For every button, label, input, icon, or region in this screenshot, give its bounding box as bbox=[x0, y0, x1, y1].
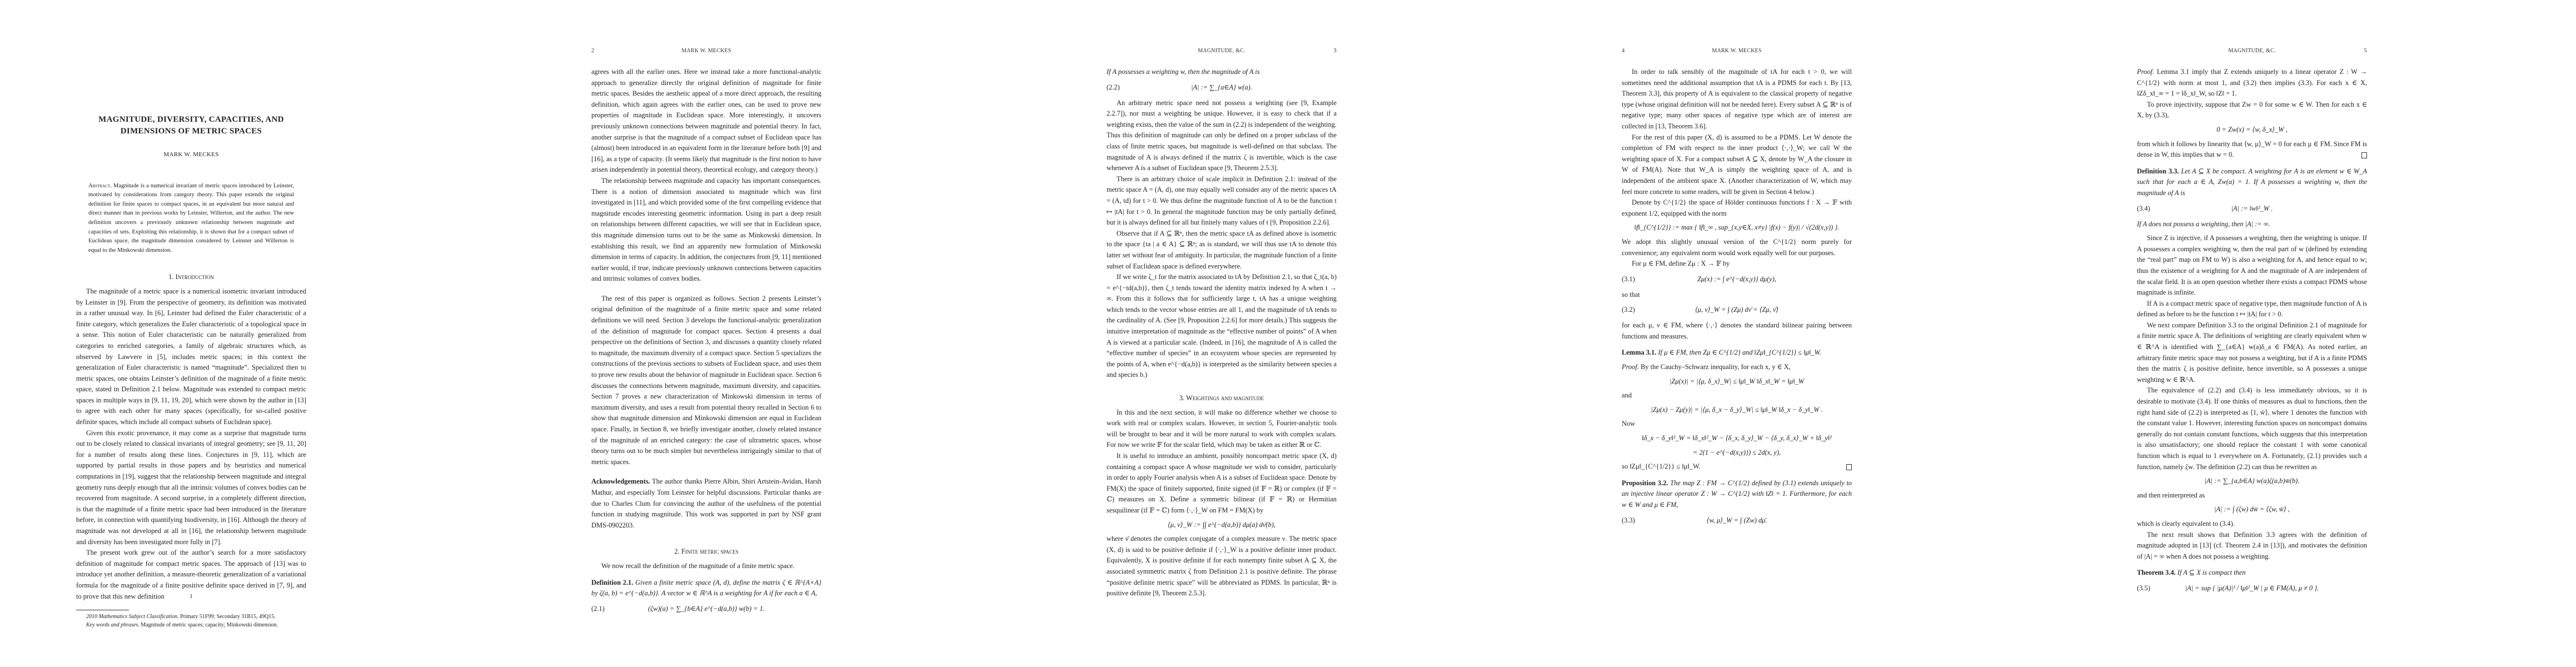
paragraph: The relationship between magnitude and c… bbox=[591, 176, 821, 285]
definition-continued: If A possesses a weighting w, then the m… bbox=[1107, 67, 1337, 78]
page-number: 3 bbox=[1334, 48, 1337, 54]
abstract: Abstract. Magnitude is a numerical invar… bbox=[88, 182, 294, 256]
footnote-rule bbox=[76, 610, 129, 610]
theorem-3-4: Theorem 3.4. If A ⊆ X is compact then bbox=[2137, 568, 2367, 579]
qed-icon bbox=[2361, 152, 2367, 158]
paragraph: Denote by C^{1/2} the space of Hölder co… bbox=[1622, 197, 1852, 219]
equation-integral: |A| := ∫ (ζw) dw̄ = ⟨ζw, w̄⟩ , bbox=[2137, 504, 2367, 515]
page-number: 5 bbox=[2364, 48, 2367, 54]
proof-end: from which it follows by linearity that … bbox=[2137, 139, 2367, 161]
section-title-finite-metric-spaces: 2. Finite metric spaces bbox=[591, 546, 821, 558]
page-number: 2 bbox=[591, 48, 594, 54]
page-4-column: In order to talk sensibly of the magnitu… bbox=[1622, 67, 1852, 531]
footnote-keywords: Key words and phrases. Magnitude of metr… bbox=[76, 621, 306, 629]
proof-equation-3a: ‖δ_x − δ_y‖²_W = ‖δ_x‖²_W − ⟨δ_x, δ_y⟩_W… bbox=[1622, 433, 1852, 444]
running-head: MAGNITUDE, &C. 5 bbox=[2137, 48, 2367, 54]
paragraph: It is useful to introduce an ambient, po… bbox=[1107, 451, 1337, 516]
proposition-3-2: Proposition 3.2. The map Z : FM → C^{1/2… bbox=[1622, 478, 1852, 511]
page-2-column: agrees with all the earlier ones. Here w… bbox=[591, 67, 821, 619]
proof-end: so ‖Zμ‖_{C^{1/2}} ≤ ‖μ‖_W. bbox=[1622, 461, 1852, 472]
paragraph: The equivalence of (2.2) and (3.4) is le… bbox=[2137, 385, 2367, 472]
equation-2-2: (2.2)|A| := ∑_{a∈A} w(a). bbox=[1107, 82, 1337, 93]
paragraph: To prove injectivity, suppose that Zw = … bbox=[2137, 99, 2367, 121]
page-4: 4 MARK W. MECKES In order to talk sensib… bbox=[1546, 0, 2061, 667]
equation-sum: |A| := ∑_{a,b∈A} w(a)ζ(a,b)w̄(b). bbox=[2137, 476, 2367, 487]
paragraph: Since Z is injective, if A possesses a w… bbox=[2137, 233, 2367, 298]
paragraph: For μ ∈ FM, define Zμ : X → 𝔽 by bbox=[1622, 258, 1852, 270]
paragraph: Observe that if A ⊆ ℝⁿ, then the metric … bbox=[1107, 228, 1337, 272]
page-5: MAGNITUDE, &C. 5 Proof. Lemma 3.1 imply … bbox=[2061, 0, 2576, 667]
paragraph: where ν̄ denotes the complex conjugate o… bbox=[1107, 534, 1337, 599]
proof: Proof. Lemma 3.1 imply that Z extends un… bbox=[2137, 67, 2367, 99]
page-3: MAGNITUDE, &C. 3 If A possesses a weight… bbox=[1030, 0, 1546, 667]
abstract-text: Magnitude is a numerical invariant of me… bbox=[88, 183, 294, 253]
equation-holder-norm: ‖f‖_{C^{1/2}} := max { ‖f‖_∞ , sup_{x,y∈… bbox=[1622, 222, 1852, 233]
equation-3-1: (3.1)Zμ(x) := ∫ e^{−d(x,y)} dμ(y), bbox=[1622, 274, 1852, 285]
definition-3-3: Definition 3.3. Let A ⊆ X be compact. A … bbox=[2137, 166, 2367, 199]
paragraph: If we write ζ_t for the matrix associate… bbox=[1107, 272, 1337, 381]
section-title-weightings: 3. Weightings and magnitude bbox=[1107, 393, 1337, 404]
paragraph: In this and the next section, it will ma… bbox=[1107, 407, 1337, 451]
proof-equation-1: |Zμ(x)| = |⟨μ, δ_x⟩_W| ≤ ‖μ‖_W ‖δ_x‖_W =… bbox=[1622, 376, 1852, 387]
paragraph-outline: The rest of this paper is organized as f… bbox=[591, 293, 821, 468]
paragraph: The next result shows that Definition 3.… bbox=[2137, 530, 2367, 563]
equation-2-1: (2.1)(ζw)(a) = ∑_{b∈A} e^{−d(a,b)} w(b) … bbox=[591, 604, 821, 615]
paragraph: We next compare Definition 3.3 to the or… bbox=[2137, 320, 2367, 386]
paragraph: If A is a compact metric space of negati… bbox=[2137, 298, 2367, 320]
running-head: 2 MARK W. MECKES bbox=[591, 48, 821, 54]
page-3-column: If A possesses a weighting w, then the m… bbox=[1107, 67, 1337, 599]
text: Now bbox=[1622, 419, 1852, 430]
page-1: MAGNITUDE, DIVERSITY, CAPACITIES, AND DI… bbox=[0, 0, 515, 667]
text: and then reinterpreted as bbox=[2137, 490, 2367, 501]
paper-author: MARK W. MECKES bbox=[76, 150, 306, 161]
proof-equation: 0 = Zw(x) = ⟨w, δ_x⟩_W , bbox=[2137, 125, 2367, 136]
text: and bbox=[1622, 390, 1852, 401]
page-number: 4 bbox=[1622, 48, 1625, 54]
paragraph: for each μ, ν ∈ FM, where ⟨·,·⟩ denotes … bbox=[1622, 320, 1852, 342]
page-number: 1 bbox=[76, 594, 306, 600]
acknowledgements: Acknowledgements. The author thanks Pier… bbox=[591, 476, 821, 531]
paragraph: Given this exotic provenance, it may com… bbox=[76, 428, 306, 548]
equation-3-4: (3.4)|A| := ‖w‖²_W . bbox=[2137, 203, 2367, 215]
footnote-msc: 2010 Mathematics Subject Classification.… bbox=[76, 613, 306, 621]
equation-3-2: (3.2)⟨μ, ν⟩_W = ∫ (Zμ) dν̄ = ⟨Zμ, ν̄⟩ bbox=[1622, 305, 1852, 316]
equation-3-3: (3.3)⟨w, μ⟩_W = ∫ (Zw) dμ̄. bbox=[1622, 515, 1852, 526]
lemma-3-1: Lemma 3.1. If μ ∈ FM, then Zμ ∈ C^{1/2} … bbox=[1622, 347, 1852, 359]
page-5-column: Proof. Lemma 3.1 imply that Z extends un… bbox=[2137, 67, 2367, 599]
paragraph: We adopt this slightly unusual version o… bbox=[1622, 237, 1852, 258]
page-1-column: MAGNITUDE, DIVERSITY, CAPACITIES, AND DI… bbox=[76, 114, 306, 629]
paragraph: agrees with all the earlier ones. Here w… bbox=[591, 67, 821, 176]
definition-2-1: Definition 2.1. Given a finite metric sp… bbox=[591, 578, 821, 599]
proof-equation-3b: = 2(1 − e^{−d(x,y)}) ≤ 2d(x, y), bbox=[1622, 447, 1852, 459]
paragraph: The magnitude of a metric space is a num… bbox=[76, 286, 306, 428]
paragraph: For the rest of this paper (X, d) is ass… bbox=[1622, 132, 1852, 198]
text: which is clearly equivalent to (3.4). bbox=[2137, 519, 2367, 530]
proof: Proof. By the Cauchy–Schwarz inequality,… bbox=[1622, 362, 1852, 373]
section-title-introduction: 1. Introduction bbox=[76, 272, 306, 283]
paragraph: We now recall the definition of the magn… bbox=[591, 561, 821, 572]
abstract-label: Abstract. bbox=[88, 183, 112, 189]
definition-tail: If A does not possess a weighting, then … bbox=[2137, 219, 2367, 230]
paper-title: MAGNITUDE, DIVERSITY, CAPACITIES, AND DI… bbox=[76, 114, 306, 137]
page-2: 2 MARK W. MECKES agrees with all the ear… bbox=[515, 0, 1030, 667]
running-head: MAGNITUDE, &C. 3 bbox=[1107, 48, 1337, 54]
equation-3-5: (3.5)|A| = sup { |μ(A)|² / ‖μ‖²_W | μ ∈ … bbox=[2137, 583, 2367, 594]
text: so that bbox=[1622, 290, 1852, 301]
paragraph: There is an arbitrary choice of scale im… bbox=[1107, 174, 1337, 228]
running-head: 4 MARK W. MECKES bbox=[1622, 48, 1852, 54]
proof-equation-2: |Zμ(x) − Zμ(y)| = |⟨μ, δ_x − δ_y⟩_W| ≤ ‖… bbox=[1622, 405, 1852, 416]
paragraph: An arbitrary metric space need not posse… bbox=[1107, 98, 1337, 174]
equation-inner-product: ⟨μ, ν⟩_W := ∫∫ e^{−d(a,b)} dμ(a) dν̄(b), bbox=[1107, 520, 1337, 531]
qed-icon bbox=[1846, 464, 1852, 470]
paragraph: In order to talk sensibly of the magnitu… bbox=[1622, 67, 1852, 132]
